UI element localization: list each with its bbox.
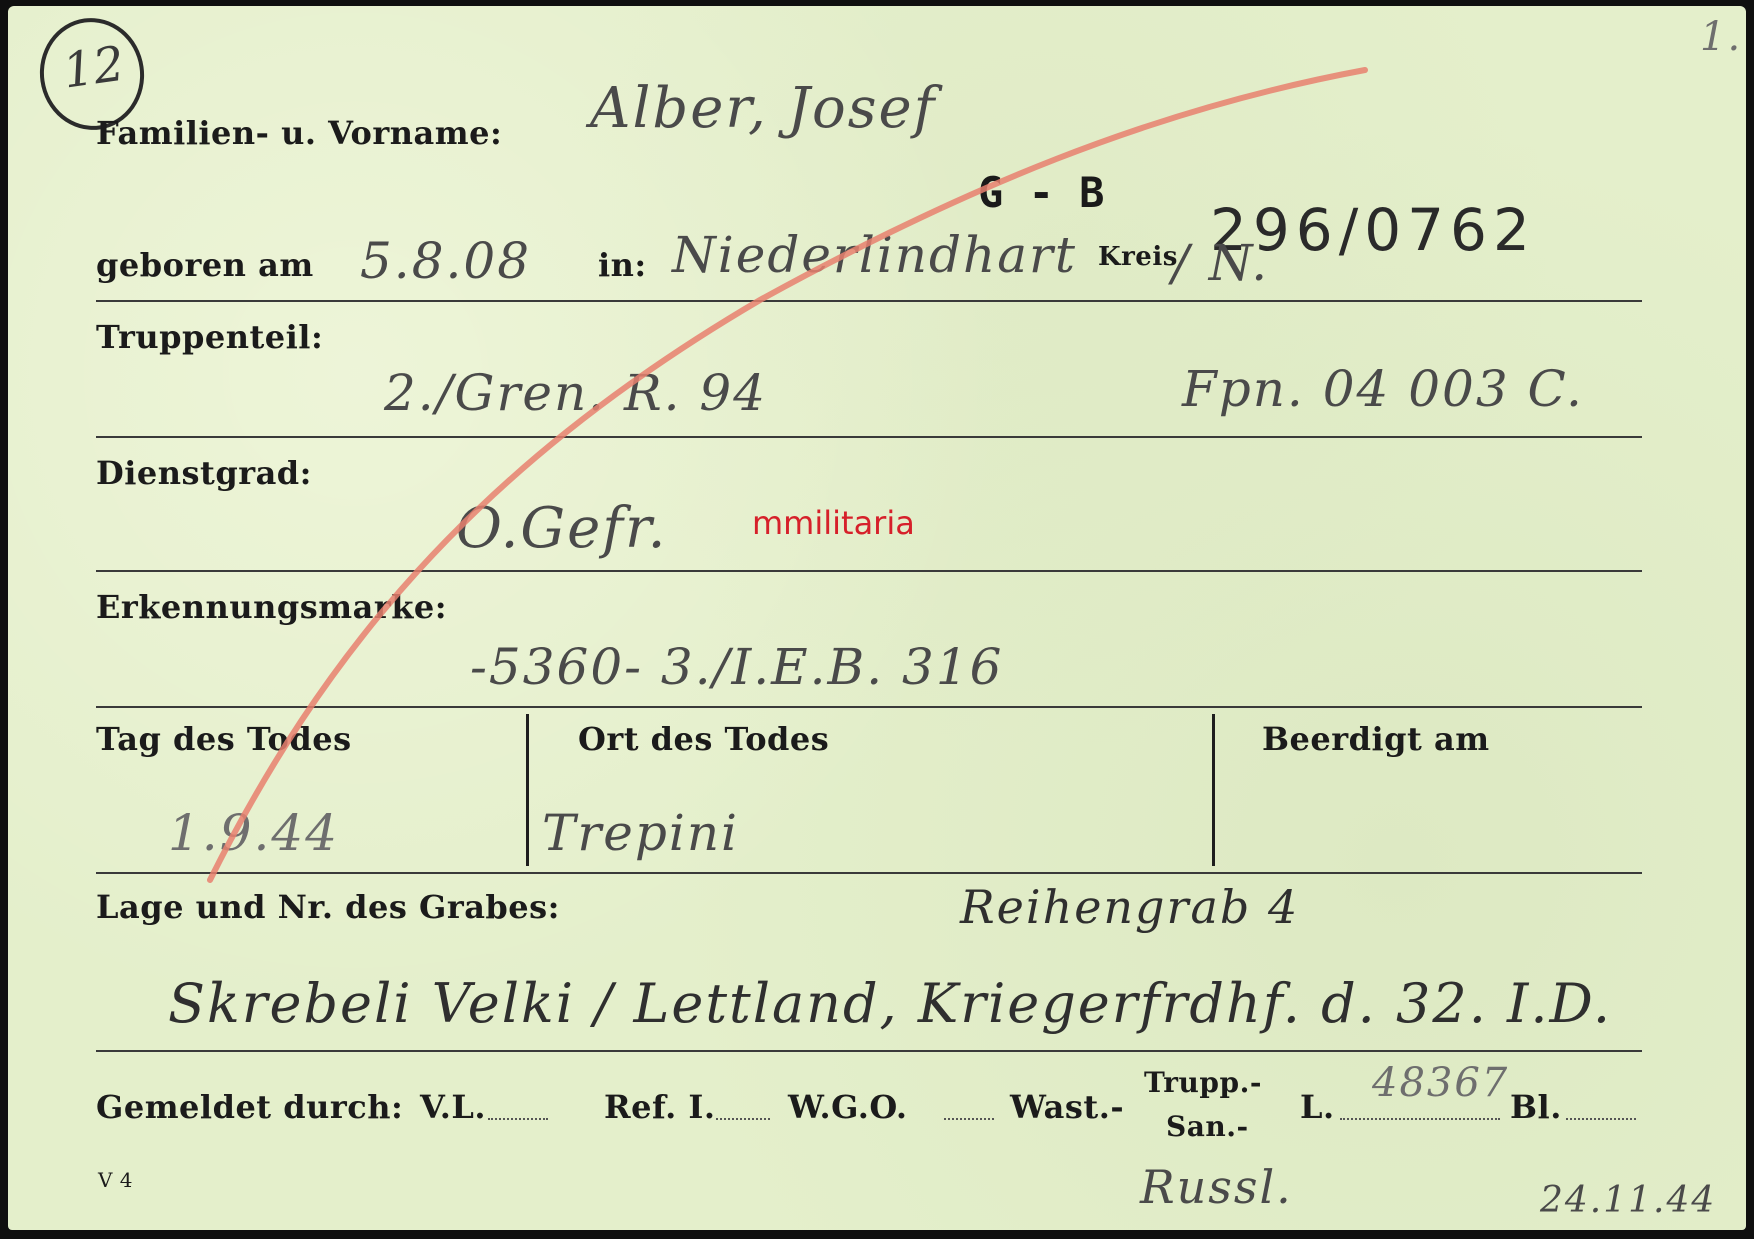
reported-item-vl: V.L. xyxy=(420,1088,486,1126)
reported-item-wast: Wast.- xyxy=(1010,1088,1124,1126)
value-birth-place: Niederlindhart xyxy=(672,226,1077,284)
label-birth-place: in: xyxy=(598,246,647,284)
value-birth-date: 5.8.08 xyxy=(360,232,531,290)
rule-line xyxy=(96,570,1642,572)
reported-item-ref: Ref. I. xyxy=(604,1088,715,1126)
value-feldpost: Fpn. 04 003 C. xyxy=(1182,360,1584,418)
value-death-date: 1.9.44 xyxy=(168,804,339,862)
label-san: San.- xyxy=(1166,1110,1249,1143)
rule-line xyxy=(96,1050,1642,1052)
value-dogtag: -5360- 3./I.E.B. 316 xyxy=(470,638,1003,696)
value-l-number: 48367 xyxy=(1372,1060,1509,1106)
label-district: Kreis xyxy=(1098,242,1178,272)
dotted-fill xyxy=(716,1118,770,1120)
corner-number: 1. xyxy=(1700,14,1742,60)
dotted-fill xyxy=(944,1118,994,1120)
circled-number-text: 12 xyxy=(60,36,128,100)
value-district: / N. xyxy=(1172,234,1269,292)
label-unit: Truppenteil: xyxy=(96,318,323,356)
column-divider xyxy=(526,714,529,866)
label-bl: Bl. xyxy=(1510,1088,1562,1126)
dotted-fill xyxy=(1566,1118,1636,1120)
value-bottom-date: 24.11.44 xyxy=(1540,1180,1716,1221)
reported-item-wgo: W.G.O. xyxy=(788,1088,908,1126)
label-dogtag: Erkennungsmarke: xyxy=(96,588,447,626)
label-trupp: Trupp.- xyxy=(1144,1066,1262,1099)
label-death-date: Tag des Todes xyxy=(96,720,352,758)
value-name: Alber, Josef xyxy=(590,76,936,141)
rule-line xyxy=(96,436,1642,438)
rule-line xyxy=(96,300,1642,302)
dotted-fill xyxy=(488,1118,548,1120)
stamp-prefix: G - B xyxy=(978,168,1104,217)
label-burial-date: Beerdigt am xyxy=(1262,720,1490,758)
value-unit: 2./Gren. R. 94 xyxy=(384,364,767,422)
value-death-place: Trepini xyxy=(542,804,739,862)
dotted-fill xyxy=(1340,1118,1500,1120)
rule-line xyxy=(96,706,1642,708)
label-death-place: Ort des Todes xyxy=(578,720,829,758)
label-grave: Lage und Nr. des Grabes: xyxy=(96,888,560,926)
label-rank: Dienstgrad: xyxy=(96,454,312,492)
value-grave-row: Reihengrab 4 xyxy=(960,880,1299,934)
label-l: L. xyxy=(1300,1088,1335,1126)
rule-line xyxy=(96,872,1642,874)
watermark: mmilitaria xyxy=(752,504,915,542)
label-birth: geboren am xyxy=(96,246,314,284)
label-reported: Gemeldet durch: xyxy=(96,1088,403,1126)
label-name: Familien- u. Vorname: xyxy=(96,114,502,152)
value-grave-location: Skrebeli Velki / Lettland, Kriegerfrdhf.… xyxy=(168,972,1612,1035)
value-reported-note: Russl. xyxy=(1140,1160,1293,1214)
form-code: V 4 xyxy=(98,1168,133,1192)
column-divider xyxy=(1212,714,1215,866)
value-rank: O.Gefr. xyxy=(456,496,667,561)
